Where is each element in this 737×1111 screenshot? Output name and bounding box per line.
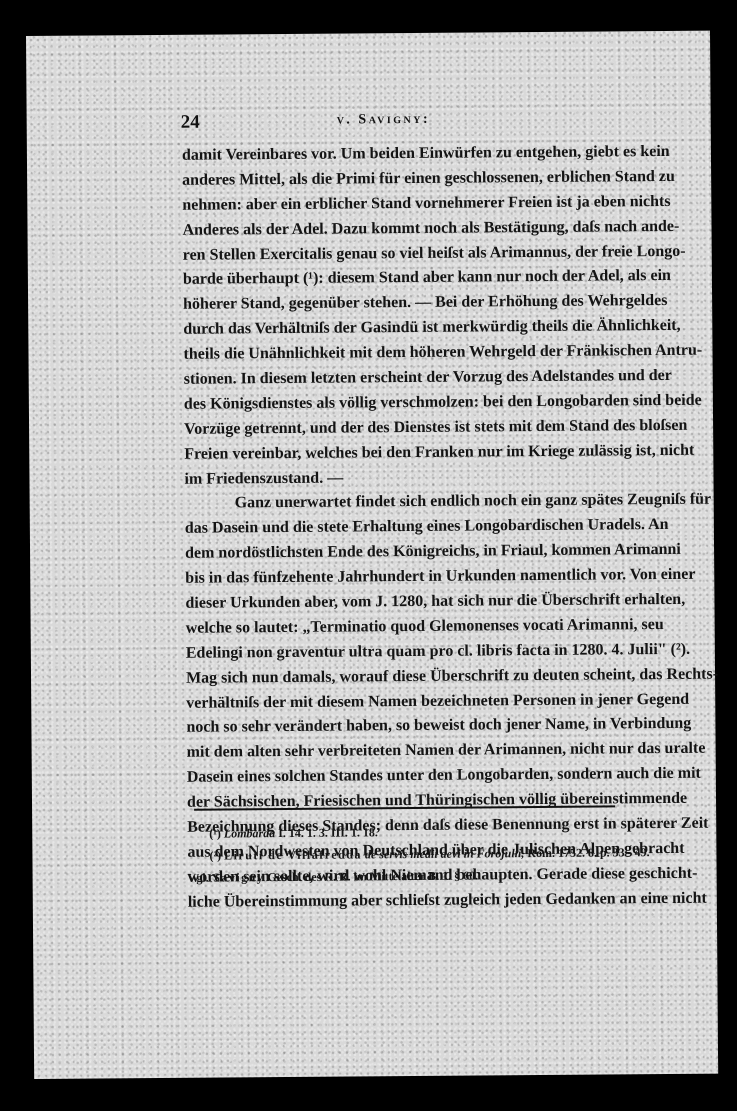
text-line: theils die Unähnlichkeit mit dem höheren…	[183, 340, 615, 368]
text-line: Vorzüge getrennt, und der des Dienstes i…	[184, 414, 616, 442]
text-line: stionen. In diesem letzten erscheint der…	[184, 364, 616, 392]
page-number: 24	[181, 112, 200, 134]
footnote-author: Liruti de Villafredda	[224, 847, 362, 862]
footnote-2: (²) Liruti de Villafredda de servis medi…	[187, 841, 619, 866]
footnote-prefix: Vgl.	[188, 871, 209, 885]
text-line: bis in das fünfzehente Jahrhundert in Ur…	[185, 564, 617, 592]
text-line: Dasein eines solchen Standes unter den L…	[187, 763, 619, 791]
text-line: ren Stellen Exercitalis genau so viel he…	[183, 240, 615, 268]
body-text: damit Vereinbares vor. Um beiden Einwürf…	[182, 140, 620, 915]
footnote-author: Savigny	[209, 870, 265, 884]
text-line: Edelingi non graventur ultra quam pro cl…	[186, 638, 618, 666]
text-line: Mag sich nun damals, worauf diese Übersc…	[186, 663, 618, 691]
text-line: Freien vereinbar, welches bei den Franke…	[184, 439, 616, 467]
text-line: der Sächsischen, Friesischen und Thüring…	[187, 788, 619, 816]
text-line: höherer Stand, gegenüber stehen. — Bei d…	[183, 290, 615, 318]
text-line: Anderes als der Adel. Dazu kommt noch al…	[182, 215, 614, 243]
paragraph-end-line: im Friedenszustand. —	[184, 464, 616, 492]
paragraph-start-line: Ganz unerwartet findet sich endlich noch…	[185, 489, 617, 517]
text-line: welche so lautet: „Terminatio quod Glemo…	[186, 613, 618, 641]
footnote-citation: Gesch. des R. R. im Mittelalter B. 1. § …	[264, 868, 478, 884]
text-line: dieser Urkunden aber, vom J. 1280, hat s…	[185, 588, 617, 616]
text-line: nehmen: aber ein erblicher Stand vornehm…	[182, 190, 614, 218]
footnote-citation: Rom. 1752. 8. p. 33 - 49.	[524, 845, 649, 860]
footnote-title: de servis medii aevi in Forojulii,	[362, 846, 524, 861]
book-page: 24 v. Savigny: damit Vereinbares vor. Um…	[26, 31, 718, 1079]
footnotes: (¹) Lombarda I. 14. 1. 3. III. 1. 18. (²…	[187, 819, 620, 888]
footnote-marker: (²)	[209, 848, 221, 862]
text-line: damit Vereinbares vor. Um beiden Einwürf…	[182, 140, 614, 168]
text-line: noch so sehr verändert haben, so beweist…	[186, 713, 618, 741]
text-line: das Dasein und die stete Erhaltung eines…	[185, 514, 617, 542]
text-line: durch das Verhältniſs der Gasindü ist me…	[183, 315, 615, 343]
text-line: verhältniſs der mit diesem Namen bezeich…	[186, 688, 618, 716]
text-line: des Königsdienstes als völlig verschmolz…	[184, 389, 616, 417]
footnote-citation: I. 14. 1. 3. III. 1. 18.	[275, 825, 378, 840]
text-line: mit dem alten sehr verbreiteten Namen de…	[187, 738, 619, 766]
text-line: dem nordöstlichsten Ende des Königreichs…	[185, 539, 617, 567]
text-line: barde überhaupt (¹): diesem Stand aber k…	[183, 265, 615, 293]
footnote-marker: (¹)	[209, 826, 221, 840]
footnote-source: Lombarda	[224, 826, 275, 840]
text-line: anderes Mittel, als die Primi für einen …	[182, 165, 614, 193]
page-header: 24 v. Savigny:	[177, 108, 607, 135]
text-line: liche Übereinstimmung aber schlieſst zug…	[188, 887, 620, 915]
running-head: v. Savigny:	[337, 112, 431, 129]
footnote-2-continued: Vgl. Savigny Gesch. des R. R. im Mittela…	[188, 863, 620, 888]
